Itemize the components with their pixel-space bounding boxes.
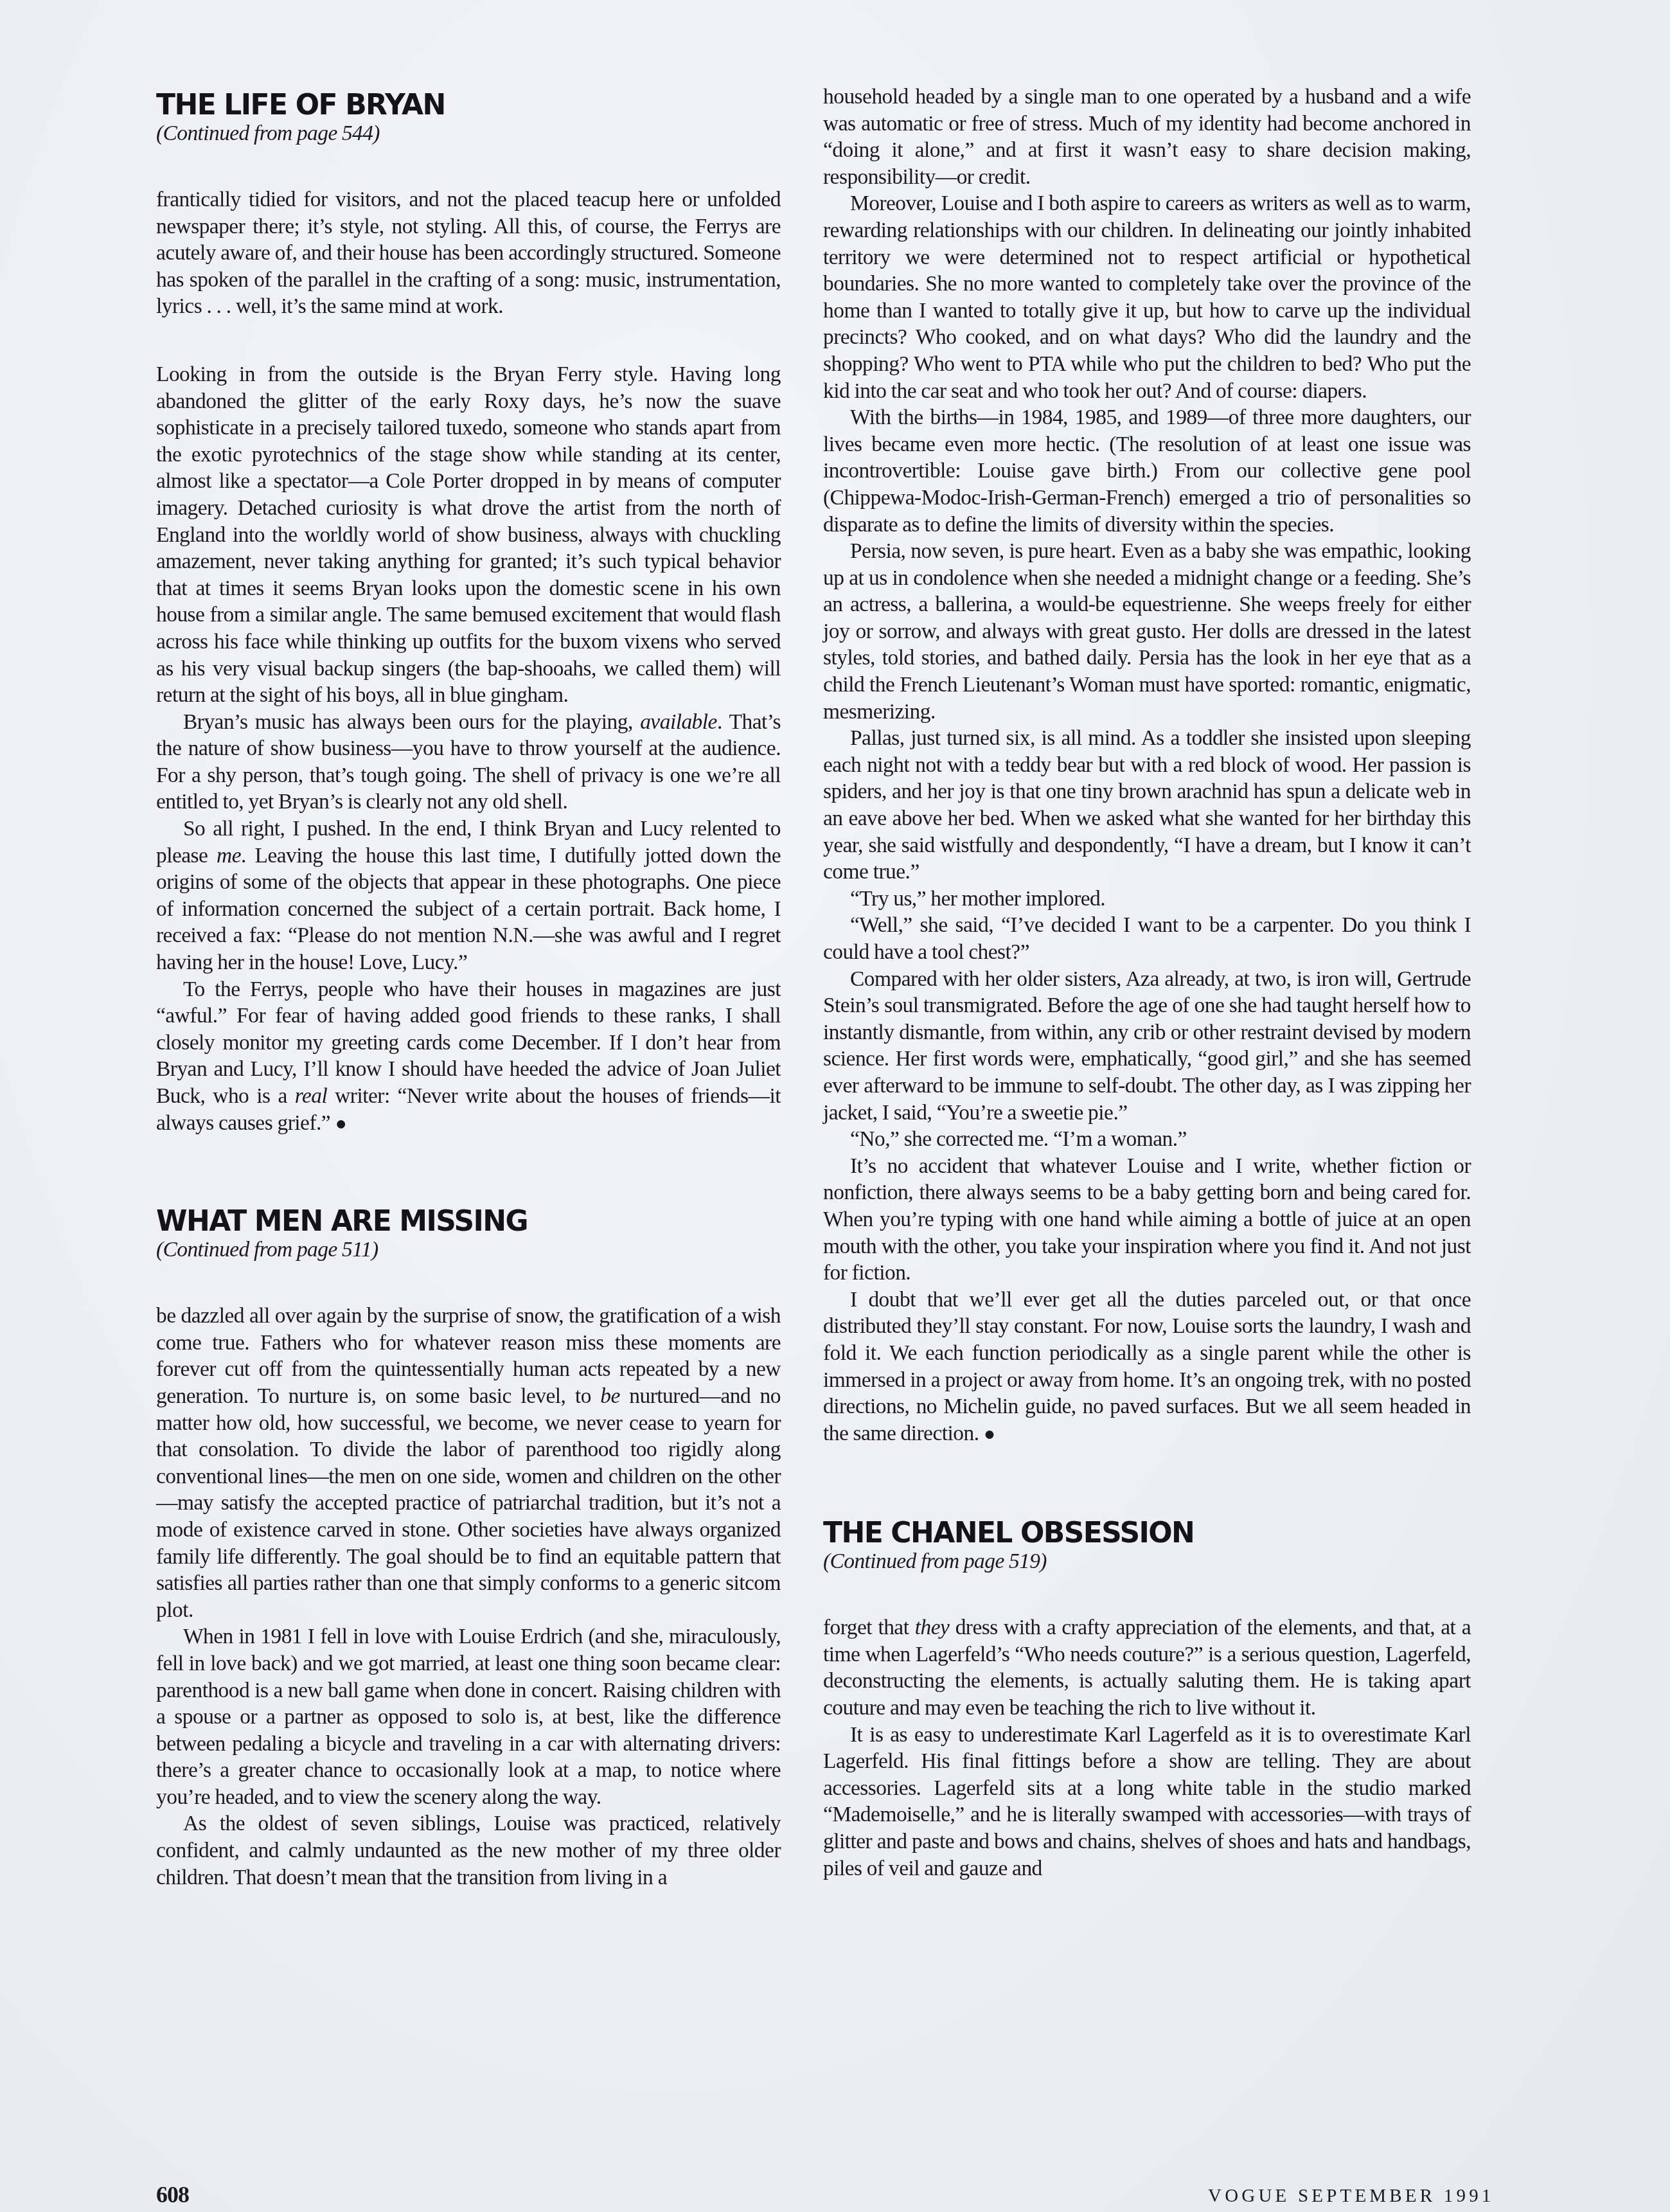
paragraph: It is as easy to underestimate Karl Lage…: [823, 1722, 1471, 1882]
right-column: household headed by a single man to one …: [823, 84, 1471, 1882]
paragraph: “No,” she corrected me. “I’m a woman.”: [823, 1126, 1471, 1153]
article-life-of-bryan: THE LIFE OF BRYAN (Continued from page 5…: [156, 90, 781, 1137]
paragraph: I doubt that we’ll ever get all the duti…: [823, 1287, 1471, 1448]
article-chanel-obsession: THE CHANEL OBSESSION (Continued from pag…: [823, 1518, 1471, 1882]
paragraph: Compared with her older sisters, Aza alr…: [823, 966, 1471, 1127]
article-what-men-are-missing-continued: household headed by a single man to one …: [823, 84, 1471, 1447]
magazine-issue-footer: VOGUE SEPTEMBER 1991: [1208, 2185, 1495, 2207]
end-of-article-bullet-icon: ●: [984, 1423, 995, 1445]
paragraph: Pallas, just turned six, is all mind. As…: [823, 725, 1471, 886]
section-heading: WHAT MEN ARE MISSING: [156, 1206, 781, 1237]
continued-from-note: (Continued from page 511): [156, 1237, 781, 1263]
paragraph: To the Ferrys, people who have their hou…: [156, 976, 781, 1137]
paragraph: “Try us,” her mother implored.: [823, 886, 1471, 913]
section-spacer: [156, 1137, 781, 1206]
section-spacer: [823, 1447, 1471, 1518]
paragraph: household headed by a single man to one …: [823, 84, 1471, 190]
paragraph: forget that they dress with a crafty app…: [823, 1614, 1471, 1721]
paragraph: Bryan’s music has always been ours for t…: [156, 709, 781, 816]
paragraph: Moreover, Louise and I both aspire to ca…: [823, 190, 1471, 404]
paragraph: As the oldest of seven siblings, Louise …: [156, 1810, 781, 1891]
paragraph: “Well,” she said, “I’ve decided I want t…: [823, 912, 1471, 965]
section-heading: THE CHANEL OBSESSION: [823, 1518, 1471, 1549]
paragraph: Persia, now seven, is pure heart. Even a…: [823, 538, 1471, 725]
continued-from-note: (Continued from page 544): [156, 121, 781, 147]
left-column: THE LIFE OF BRYAN (Continued from page 5…: [156, 90, 781, 1891]
paragraph: With the births—in 1984, 1985, and 1989—…: [823, 404, 1471, 538]
paragraph: Looking in from the outside is the Bryan…: [156, 361, 781, 709]
paragraph: So all right, I pushed. In the end, I th…: [156, 816, 781, 976]
section-heading: THE LIFE OF BRYAN: [156, 90, 781, 121]
end-of-article-bullet-icon: ●: [335, 1113, 346, 1134]
paragraph: When in 1981 I fell in love with Louise …: [156, 1623, 781, 1810]
paragraph: be dazzled all over again by the surpris…: [156, 1303, 781, 1623]
continued-from-note: (Continued from page 519): [823, 1549, 1471, 1574]
page-number: 608: [156, 2182, 189, 2208]
paragraph: frantically tidied for visitors, and not…: [156, 186, 781, 320]
paragraph: It’s no accident that whatever Louise an…: [823, 1153, 1471, 1287]
article-what-men-are-missing: WHAT MEN ARE MISSING (Continued from pag…: [156, 1206, 781, 1891]
